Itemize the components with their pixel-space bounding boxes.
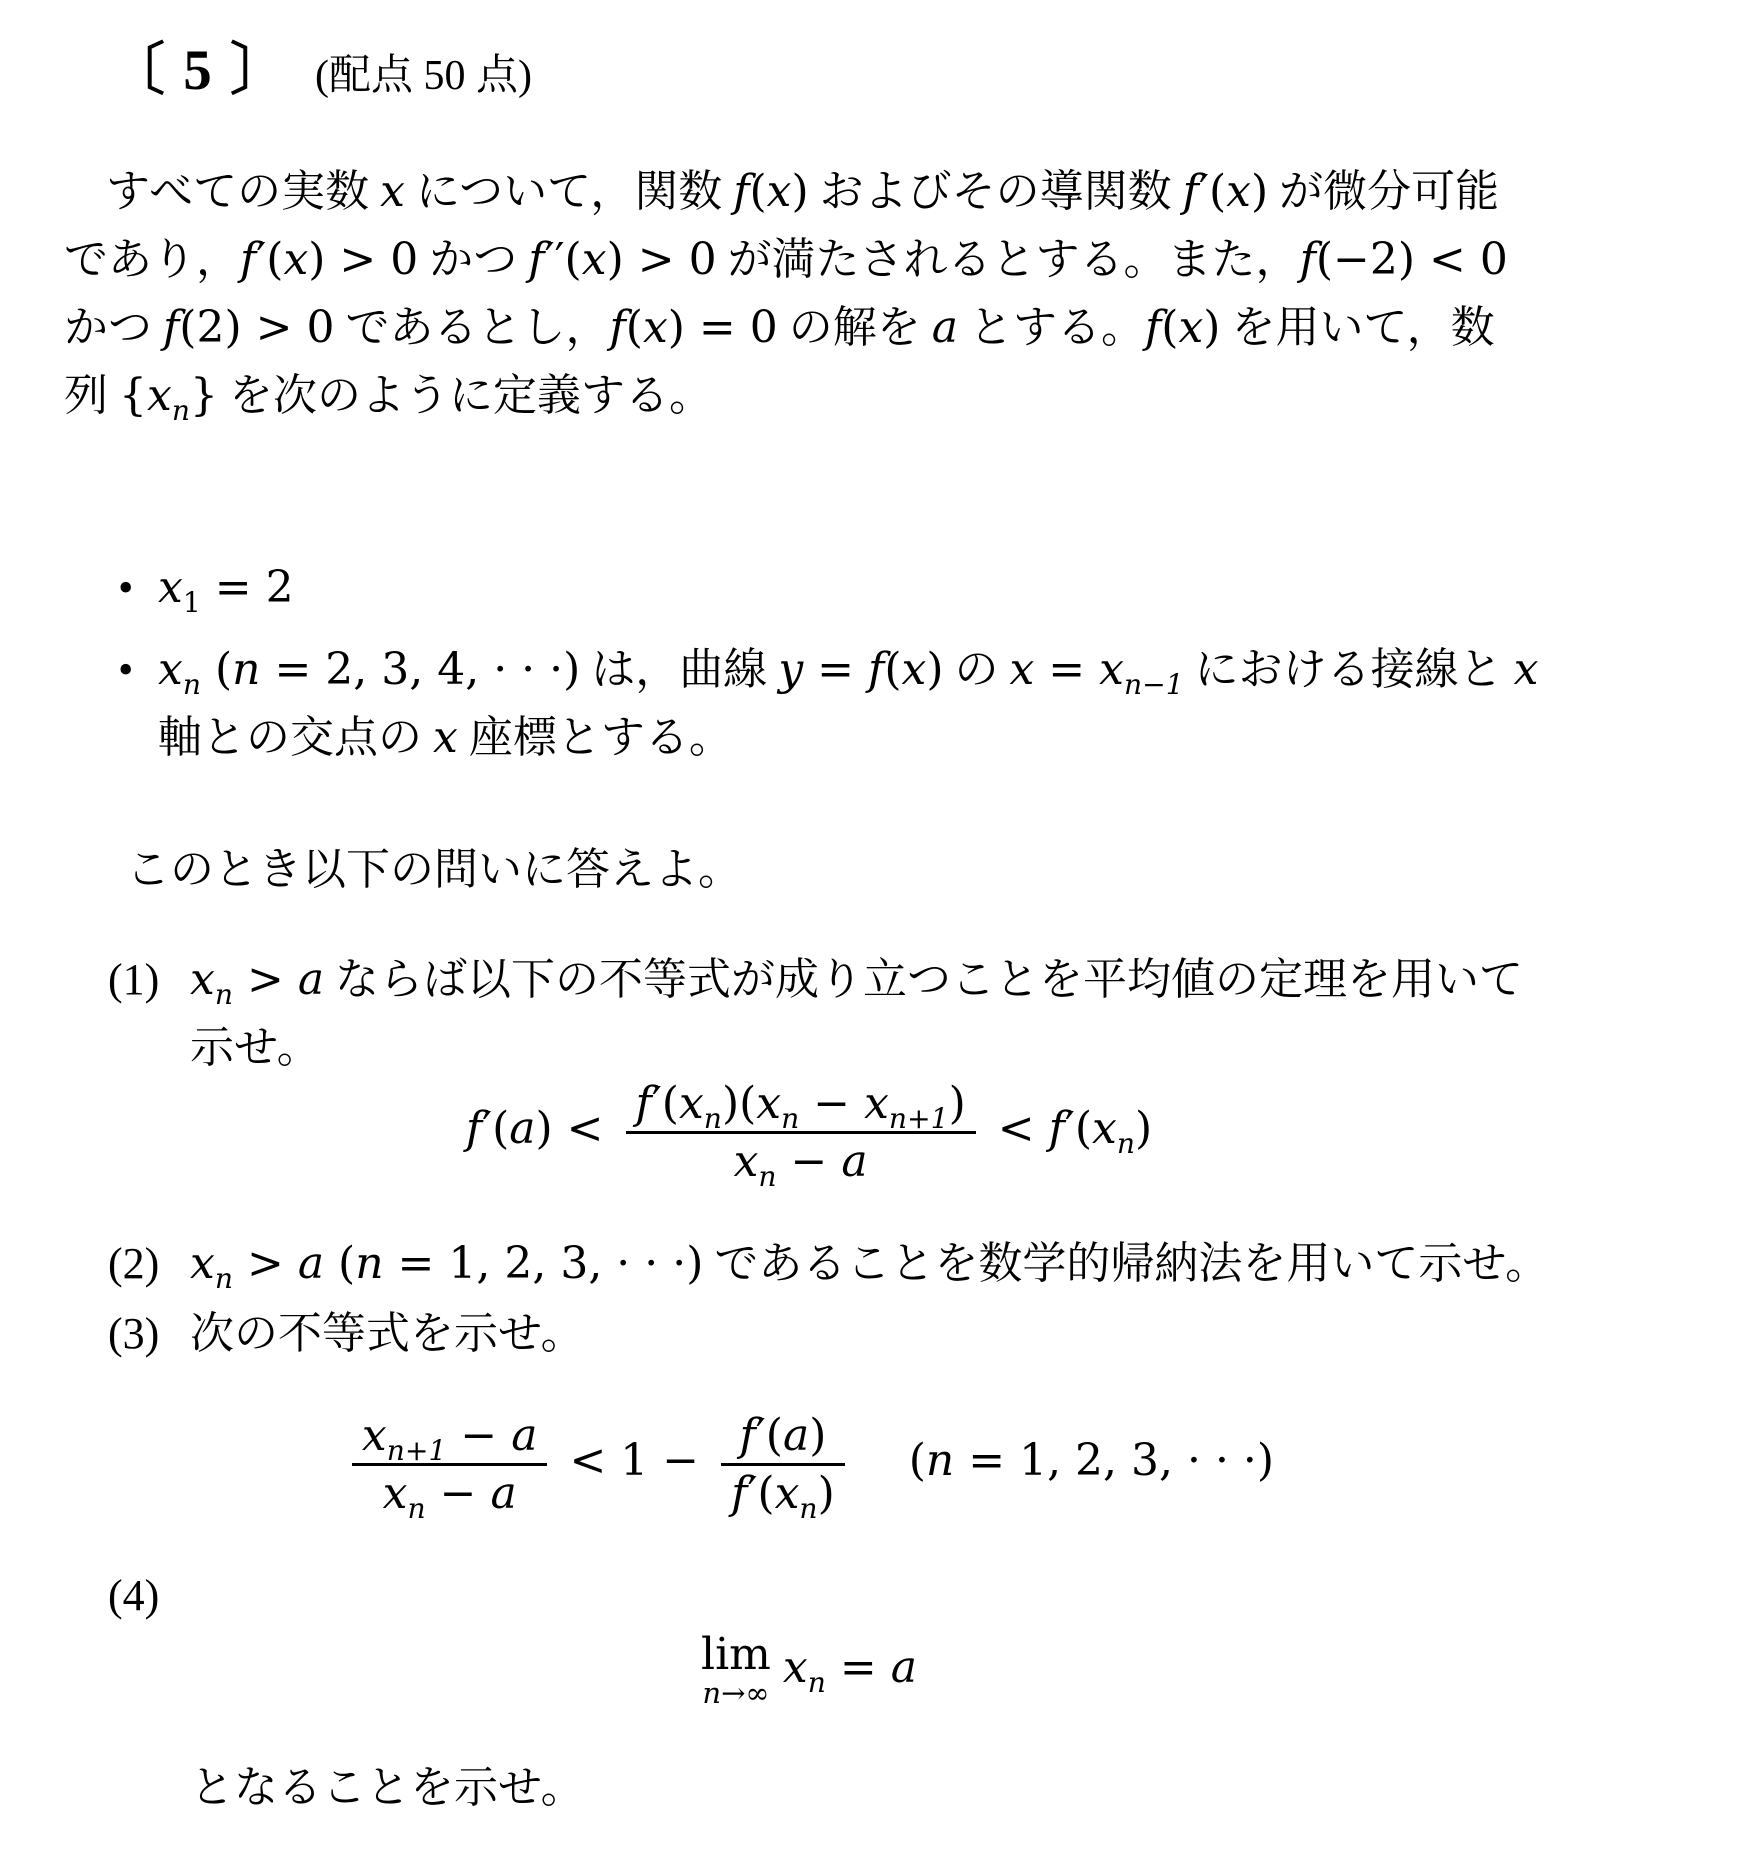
limit-underscript: n→∞ xyxy=(702,1678,769,1711)
limit-operator: limn→∞ xyxy=(701,1632,771,1711)
limit-label: lim xyxy=(701,1632,771,1678)
question-3-marker: (3) xyxy=(108,1300,190,1368)
intro-line-1: すべての実数 x について，関数 f(x) およびその導関数 f′(x) が微分… xyxy=(64,158,1554,226)
formula3-right-denominator: f′(xn) xyxy=(721,1463,845,1521)
formula3-relation: < 1 − xyxy=(555,1436,713,1485)
problem-header: 〔 5 〕(配点 50 点) xyxy=(108,24,532,106)
question-1-body: xn > a ならば以下の不等式が成り立つことを平均値の定理を用いて 示せ。 xyxy=(190,946,1523,1082)
question-4: (4) xyxy=(108,1562,190,1630)
bullet2-line-2: 軸との交点の x 座標とする。 xyxy=(158,704,1678,772)
problem-number: 〔 5 〕 xyxy=(108,39,289,102)
bullet2-line-1: xn (n = 2, 3, 4, · · ·) は，曲線 y = f(x) の … xyxy=(158,636,1678,704)
question-3-line-1: 次の不等式を示せ。 xyxy=(190,1300,585,1368)
question-1: (1) xn > a ならば以下の不等式が成り立つことを平均値の定理を用いて 示… xyxy=(108,946,1523,1082)
question-2: (2) xn > a (n = 1, 2, 3, · · ·) であることを数学… xyxy=(108,1230,1549,1298)
exam-page: 〔 5 〕(配点 50 点) すべての実数 x について，関数 f(x) および… xyxy=(0,0,1743,1874)
prompt-sentence: このとき以下の問いに答えよ。 xyxy=(126,836,742,904)
formula3-condition-note: (n = 1, 2, 3, · · ·) xyxy=(909,1436,1274,1485)
display-formula-4: limn→∞xn = a xyxy=(64,1632,1554,1711)
display-formula-1: f′(a) < f′(xn)(xn − xn+1)xn − a < f′(xn) xyxy=(64,1076,1554,1189)
bullet1-line-1: x1 = 2 xyxy=(158,554,1678,622)
definition-list: • x1 = 2 • xn (n = 2, 3, 4, · · ·) は，曲線 … xyxy=(118,554,1678,772)
question-2-line-1: xn > a (n = 1, 2, 3, · · ·) であることを数学的帰納法… xyxy=(190,1230,1549,1298)
intro-line-4: 列 {xn} を次のように定義する。 xyxy=(64,362,1554,430)
question-1-line-2: 示せ。 xyxy=(190,1014,1523,1082)
intro-line-3: かつ f(2) > 0 であるとし，f(x) = 0 の解を a とする。f(x… xyxy=(64,294,1554,362)
question-2-marker: (2) xyxy=(108,1230,190,1298)
closing-sentence: となることを示せ。 xyxy=(190,1754,585,1822)
formula1-right: < f′(xn) xyxy=(984,1104,1152,1153)
bullet-icon: • xyxy=(118,636,158,772)
list-item: • xn (n = 2, 3, 4, · · ·) は，曲線 y = f(x) … xyxy=(118,636,1678,772)
formula3-right-numerator: f′(a) xyxy=(721,1408,845,1463)
formula3-left-numerator: xn+1 − a xyxy=(352,1408,548,1463)
bullet2-body: xn (n = 2, 3, 4, · · ·) は，曲線 y = f(x) の … xyxy=(158,636,1678,772)
formula1-fraction: f′(xn)(xn − xn+1)xn − a xyxy=(626,1076,976,1189)
formula3-fraction-right: f′(a)f′(xn) xyxy=(721,1408,845,1521)
question-4-marker: (4) xyxy=(108,1562,190,1630)
formula3-left-denominator: xn − a xyxy=(352,1463,548,1521)
bullet1-body: x1 = 2 xyxy=(158,554,1678,622)
formula1-numerator: f′(xn)(xn − xn+1) xyxy=(626,1076,976,1131)
question-3: (3) 次の不等式を示せ。 xyxy=(108,1300,585,1368)
question-1-line-1: xn > a ならば以下の不等式が成り立つことを平均値の定理を用いて xyxy=(190,946,1523,1014)
intro-line-2: であり，f′(x) > 0 かつ f′′(x) > 0 が満たされるとする。また… xyxy=(64,226,1554,294)
formula4-body: xn = a xyxy=(783,1643,917,1692)
list-item: • x1 = 2 xyxy=(118,554,1678,622)
formula3-fraction-left: xn+1 − axn − a xyxy=(352,1408,548,1521)
question-1-marker: (1) xyxy=(108,946,190,1082)
formula1-left: f′(a) < xyxy=(466,1104,618,1153)
formula1-denominator: xn − a xyxy=(626,1131,976,1189)
intro-paragraph: すべての実数 x について，関数 f(x) およびその導関数 f′(x) が微分… xyxy=(64,158,1554,430)
bullet-icon: • xyxy=(118,554,158,622)
points-note: (配点 50 点) xyxy=(315,53,532,99)
question-2-body: xn > a (n = 1, 2, 3, · · ·) であることを数学的帰納法… xyxy=(190,1230,1549,1298)
question-3-body: 次の不等式を示せ。 xyxy=(190,1300,585,1368)
display-formula-3: xn+1 − axn − a < 1 − f′(a)f′(xn)(n = 1, … xyxy=(64,1408,1554,1521)
